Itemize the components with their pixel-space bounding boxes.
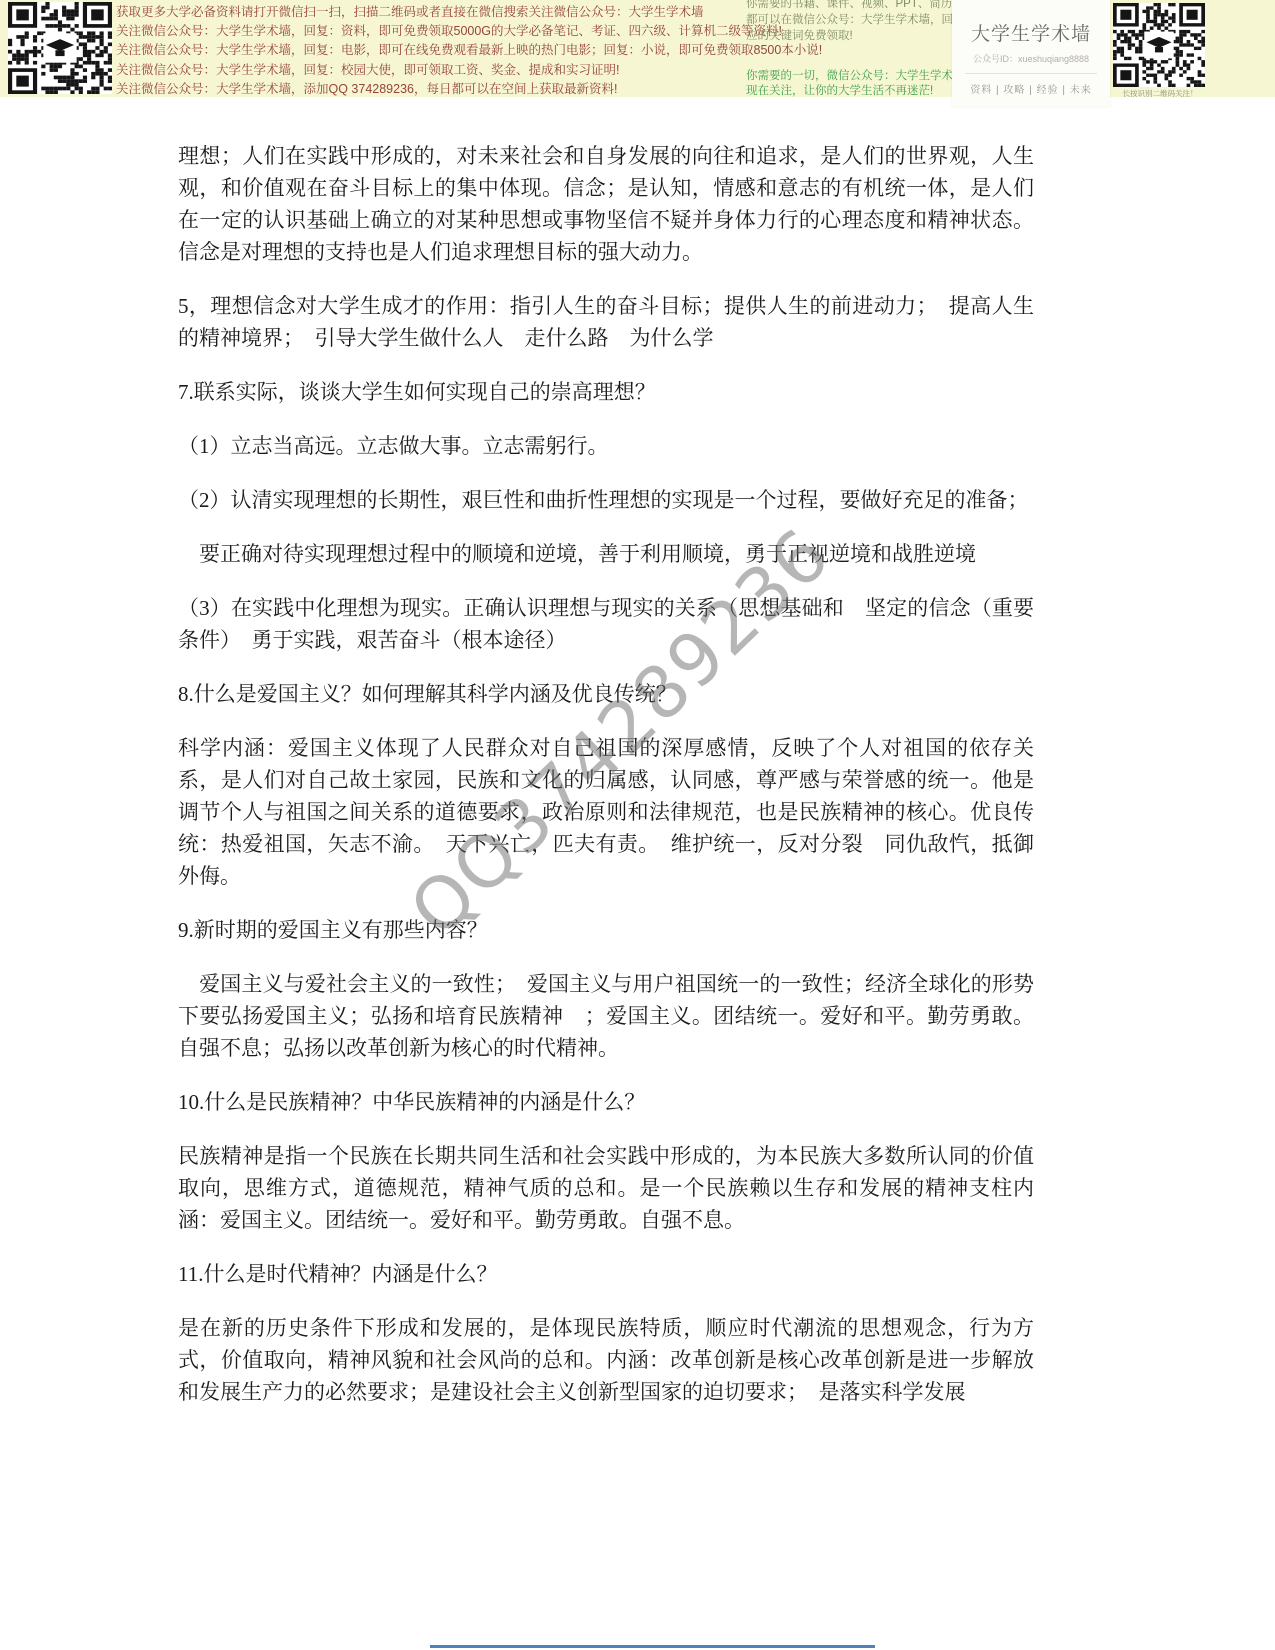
paragraph: 9.新时期的爱国主义有那些内容？ xyxy=(178,914,1034,946)
banner-middle-note: 你需要的书籍、课件、视频、PPT、简历模板都可以在微信公众号：大学生学术墙，回复… xyxy=(746,0,976,44)
paragraph: 8.什么是爱国主义？如何理解其科学内涵及优良传统？ xyxy=(178,678,1034,710)
paragraph: 是在新的历史条件下形成和发展的，是体现民族特质，顺应时代潮流的思想观念，行为方式… xyxy=(178,1312,1034,1408)
qr-code-left-icon xyxy=(8,2,112,94)
paragraph: 11.什么是时代精神？内涵是什么？ xyxy=(178,1258,1034,1290)
promo-banner: 获取更多大学必备资料请打开微信扫一扫，扫描二维码或者直接在微信搜索关注微信公众号… xyxy=(0,0,1275,97)
qr-right-block: 长按识别二维码关注！ xyxy=(1113,3,1207,99)
paragraph: （3）在实践中化理想为现实。正确认识理想与现实的关系（思想基础和 坚定的信念（重… xyxy=(178,592,1034,656)
paragraph: 理想；人们在实践中形成的，对未来社会和自身发展的向往和追求，是人们的世界观，人生… xyxy=(178,140,1034,268)
qr-caption: 长按识别二维码关注！ xyxy=(1113,88,1207,99)
paragraph: 5，理想信念对大学生成才的作用：指引人生的奋斗目标；提供人生的前进动力； 提高人… xyxy=(178,290,1034,354)
banner-line: 关注微信公众号：大学生学术墙，回复：校园大使，即可领取工资、奖金、提成和实习证明… xyxy=(116,61,822,80)
paragraph: 要正确对待实现理想过程中的顺境和逆境，善于利用顺境，勇于正视逆境和战胜逆境 xyxy=(178,538,1034,570)
card-tags: 资料 | 攻略 | 经验 | 未来 xyxy=(952,81,1110,96)
paragraph: 爱国主义与爱社会主义的一致性； 爱国主义与用户祖国统一的一致性；经济全球化的形势… xyxy=(178,968,1034,1064)
paragraph: 10.什么是民族精神？中华民族精神的内涵是什么？ xyxy=(178,1086,1034,1118)
banner-note-line: 你需要的书籍、课件、视频、PPT、简历模板 xyxy=(746,0,976,12)
wechat-account-card: 大学生学术墙 公众号ID：xueshuqiang8888 资料 | 攻略 | 经… xyxy=(952,0,1110,107)
banner-line: 获取更多大学必备资料请打开微信扫一扫，扫描二维码或者直接在微信搜索关注微信公众号… xyxy=(116,3,822,22)
paragraph: （2）认清实现理想的长期性，艰巨性和曲折性理想的实现是一个过程，要做好充足的准备… xyxy=(178,484,1034,516)
card-title: 大学生学术墙 xyxy=(952,19,1110,46)
card-account-id: 公众号ID：xueshuqiang8888 xyxy=(952,52,1110,65)
card-divider xyxy=(965,73,1097,74)
banner-line: 关注微信公众号：大学生学术墙，添加QQ 374289236，每日都可以在空间上获… xyxy=(116,80,822,99)
banner-note-line: 应的关键词免费领取! xyxy=(746,28,976,44)
paragraph: （1）立志当高远。立志做大事。立志需躬行。 xyxy=(178,430,1034,462)
bottom-divider-line xyxy=(430,1645,875,1648)
banner-line: 关注微信公众号：大学生学术墙，回复：电影，即可在线免费观看最新上映的热门电影；回… xyxy=(116,41,822,60)
paragraph: 民族精神是指一个民族在长期共同生活和社会实践中形成的，为本民族大多数所认同的价值… xyxy=(178,1140,1034,1236)
document-body: 理想；人们在实践中形成的，对未来社会和自身发展的向往和追求，是人们的世界观，人生… xyxy=(178,140,1034,1430)
qr-code-right-icon xyxy=(1113,3,1205,87)
banner-line: 关注微信公众号：大学生学术墙，回复：资料，即可免费领取5000G的大学必备笔记、… xyxy=(116,22,822,41)
paragraph: 科学内涵：爱国主义体现了人民群众对自己祖国的深厚感情，反映了个人对祖国的依存关系… xyxy=(178,732,1034,892)
banner-text-lines: 获取更多大学必备资料请打开微信扫一扫，扫描二维码或者直接在微信搜索关注微信公众号… xyxy=(116,3,822,99)
banner-note-line: 都可以在微信公众号：大学生学术墙，回复相 xyxy=(746,12,976,28)
paragraph: 7.联系实际，谈谈大学生如何实现自己的崇高理想？ xyxy=(178,376,1034,408)
